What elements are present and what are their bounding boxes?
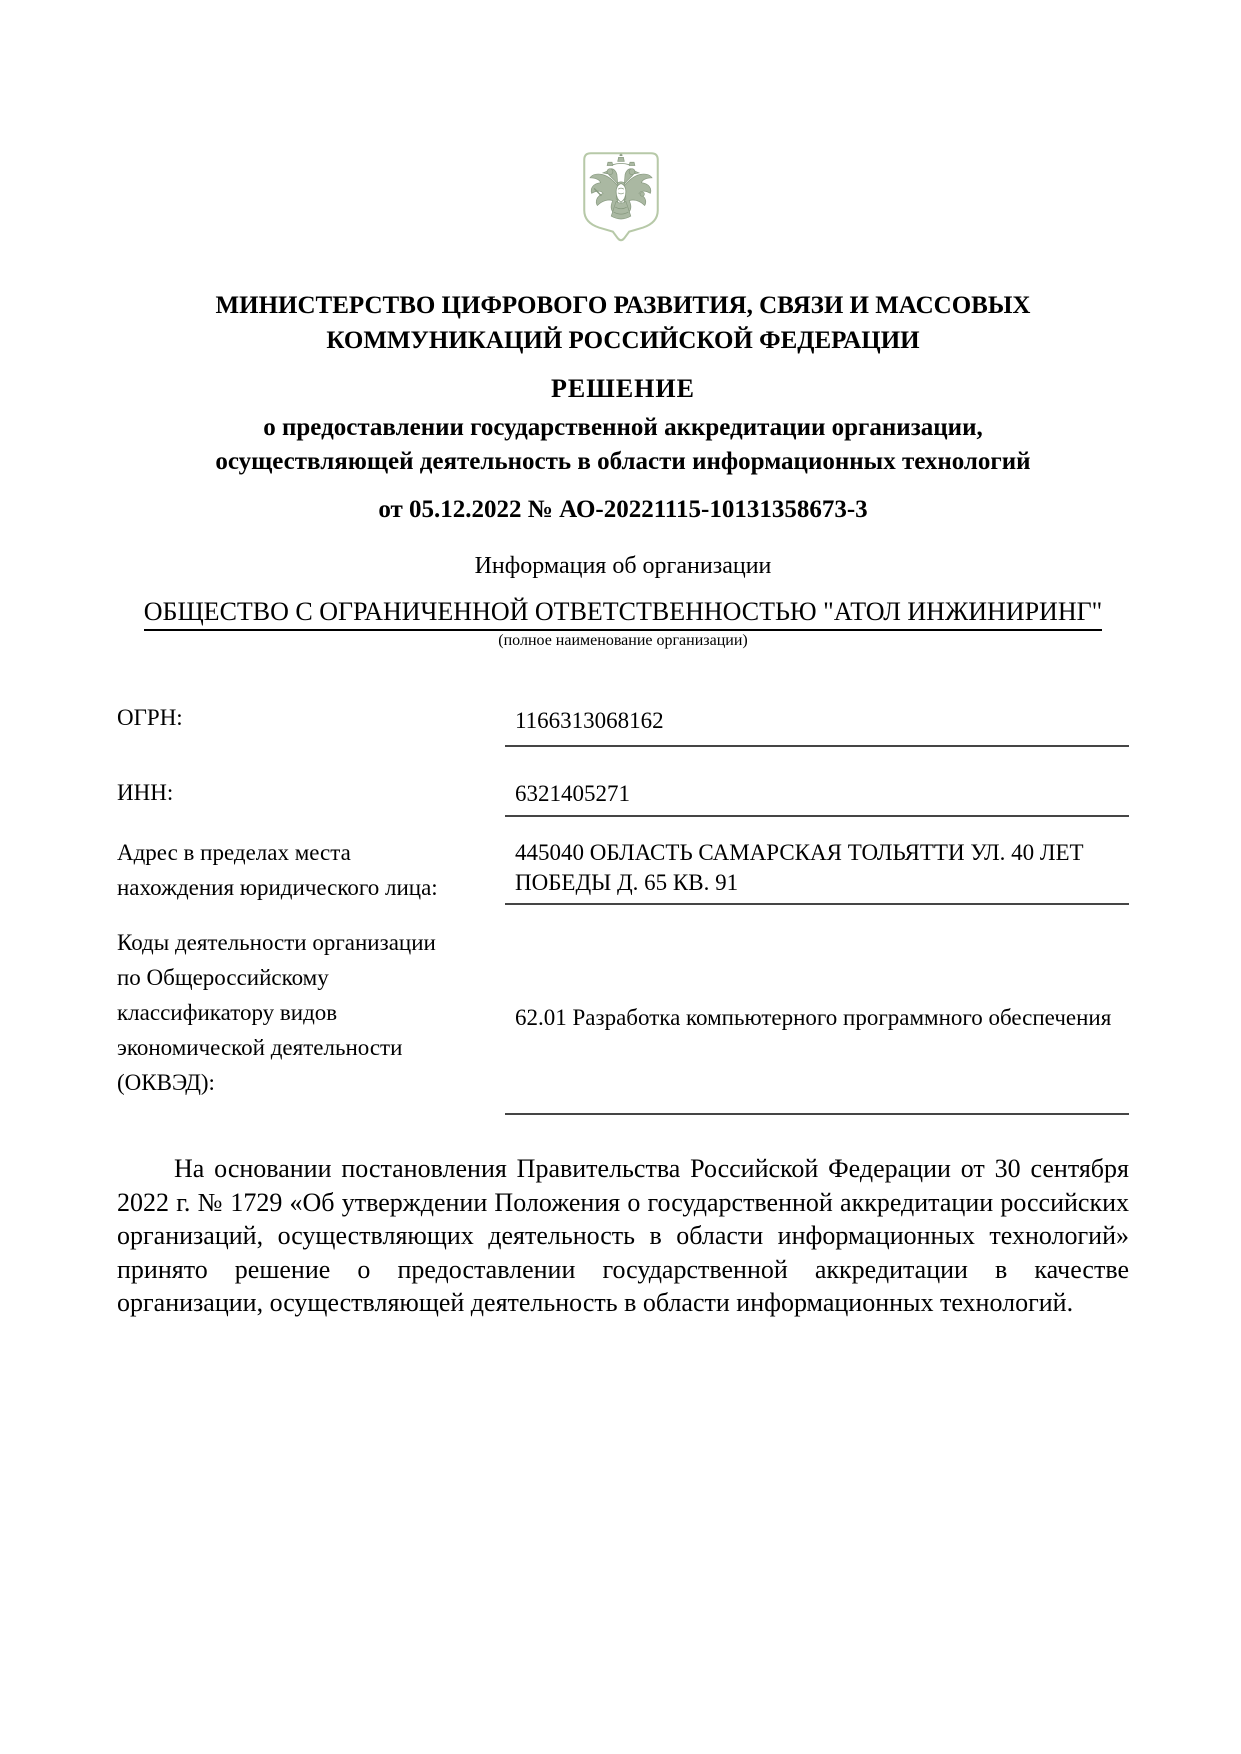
organization-name: ОБЩЕСТВО С ОГРАНИЧЕННОЙ ОТВЕТСТВЕННОСТЬЮ… xyxy=(117,599,1129,625)
field-row-address: Адрес в пределах места нахождения юридич… xyxy=(117,832,1129,905)
organization-name-caption: (полное наименование организации) xyxy=(117,631,1129,651)
section-title-organization-info: Информация об организации xyxy=(117,551,1129,581)
field-label-ogrn: ОГРН: xyxy=(117,697,505,747)
field-label-inn: ИНН: xyxy=(117,772,505,817)
ministry-title: МИНИСТЕРСТВО ЦИФРОВОГО РАЗВИТИЯ, СВЯЗИ И… xyxy=(117,288,1129,358)
field-value-ogrn: 1166313068162 xyxy=(505,697,1129,747)
field-row-inn: ИНН: 6321405271 xyxy=(117,772,1129,817)
field-row-okved: Коды деятельности организации по Общерос… xyxy=(117,922,1129,1115)
field-value-address: 445040 ОБЛАСТЬ САМАРСКАЯ ТОЛЬЯТТИ УЛ. 40… xyxy=(505,832,1129,905)
okved-value-text: 62.01 Разработка компьютерного программн… xyxy=(515,1003,1129,1033)
field-label-address: Адрес в пределах места нахождения юридич… xyxy=(117,832,505,905)
document-type-title: РЕШЕНИЕ xyxy=(117,374,1129,404)
document-subtitle: о предоставлении государственной аккреди… xyxy=(117,411,1129,479)
field-row-ogrn: ОГРН: 1166313068162 xyxy=(117,697,1129,747)
organization-fields: ОГРН: 1166313068162 ИНН: 6321405271 Адре… xyxy=(117,697,1129,1115)
document-number-line: от 05.12.2022 № АО-20221115-10131358673-… xyxy=(117,495,1129,525)
field-value-okved: 62.01 Разработка компьютерного программн… xyxy=(505,922,1129,1115)
address-value-text: 445040 ОБЛАСТЬ САМАРСКАЯ ТОЛЬЯТТИ УЛ. 40… xyxy=(515,838,1129,898)
decision-paragraph: На основании постановления Правительства… xyxy=(117,1152,1129,1320)
field-label-okved: Коды деятельности организации по Общерос… xyxy=(117,922,505,1115)
field-value-inn: 6321405271 xyxy=(505,772,1129,817)
document-content: МИНИСТЕРСТВО ЦИФРОВОГО РАЗВИТИЯ, СВЯЗИ И… xyxy=(0,288,1241,1320)
document-page: МИНИСТЕРСТВО ЦИФРОВОГО РАЗВИТИЯ, СВЯЗИ И… xyxy=(0,0,1241,1754)
organization-name-text: ОБЩЕСТВО С ОГРАНИЧЕННОЙ ОТВЕТСТВЕННОСТЬЮ… xyxy=(144,597,1102,631)
ogrn-value-text: 1166313068162 xyxy=(515,706,1129,736)
russian-state-emblem-icon xyxy=(580,150,662,248)
inn-value-text: 6321405271 xyxy=(515,779,1129,809)
